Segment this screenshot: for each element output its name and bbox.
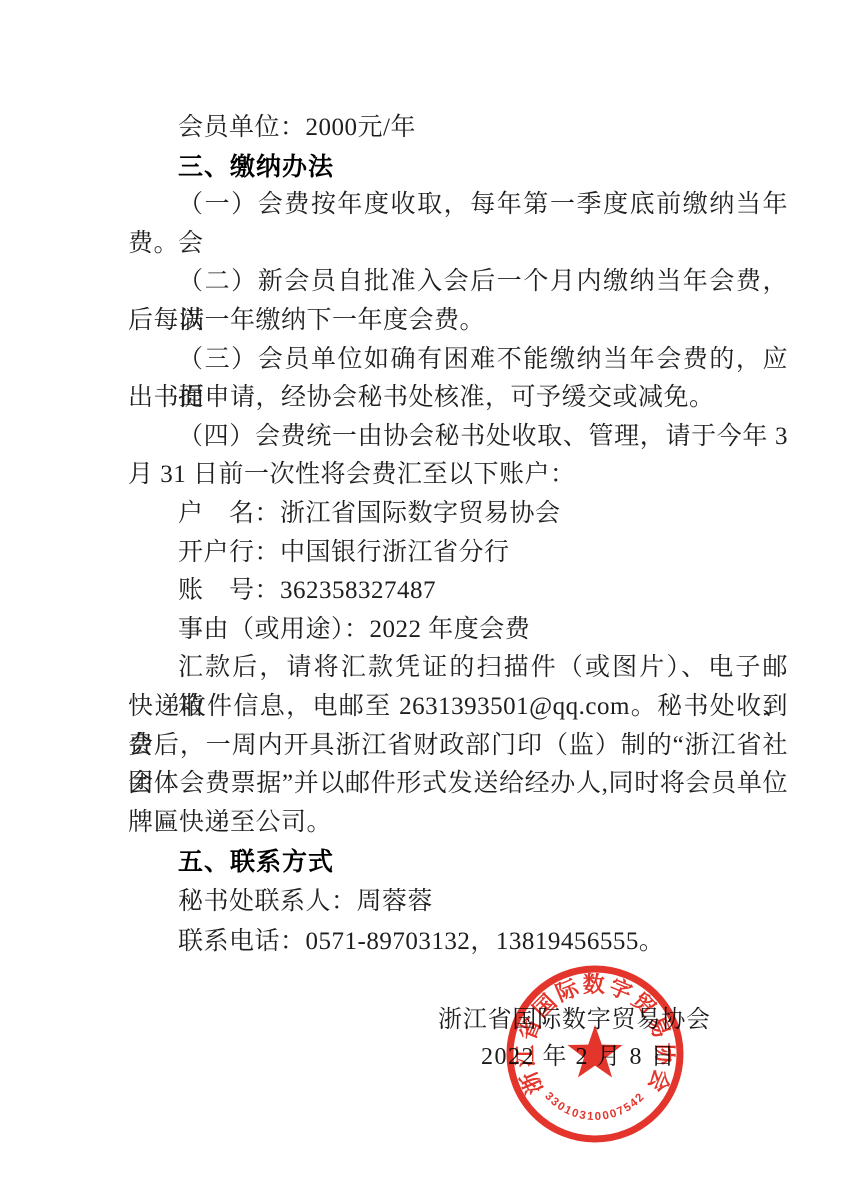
doc-line-account-name: 户 名：浙江省国际数字贸易协会: [128, 495, 788, 534]
doc-line-email: 快递收件信息，电邮至 2631393501@qq.com。秘书处收到会: [128, 688, 788, 727]
doc-line: （三）会员单位如确有困难不能缴纳当年会费的，应提: [128, 341, 788, 380]
document-page: 会员单位：2000元/年 三、缴纳办法 （一）会费按年度收取，每年第一季度底前缴…: [0, 0, 849, 1200]
doc-line: 后每满一年缴纳下一年度会费。: [128, 302, 788, 341]
doc-line: 费后，一周内开具浙江省财政部门印（监）制的“浙江省社会: [128, 727, 788, 766]
doc-line: （四）会费统一由协会秘书处收取、管理，请于今年 3: [128, 418, 788, 457]
section-heading-contact: 五、联系方式: [128, 842, 788, 882]
official-seal: 浙江省国际数字贸易协会 33010310007542: [495, 954, 695, 1154]
section-heading-payment: 三、缴纳办法: [128, 148, 788, 187]
doc-line-member-fee: 会员单位：2000元/年: [128, 109, 788, 148]
doc-line: 月 31 日前一次性将会费汇至以下账户：: [128, 456, 788, 495]
doc-line: 牌匾快递至公司。: [128, 804, 788, 843]
star-icon: [567, 1025, 622, 1078]
doc-line: （二）新会员自批准入会后一个月内缴纳当年会费，以: [128, 263, 788, 302]
document-body: 会员单位：2000元/年 三、缴纳办法 （一）会费按年度收取，每年第一季度底前缴…: [128, 109, 788, 962]
doc-line-purpose: 事由（或用途）：2022 年度会费: [128, 611, 788, 650]
doc-line: （一）会费按年度收取，每年第一季度底前缴纳当年会: [128, 186, 788, 225]
doc-line: 汇款后，请将汇款凭证的扫描件（或图片）、电子邮箱、: [128, 649, 788, 688]
doc-line-contact-person: 秘书处联系人：周蓉蓉: [128, 882, 788, 922]
doc-line: 出书面申请，经协会秘书处核准，可予缓交或减免。: [128, 379, 788, 418]
doc-line-account-number: 账 号：362358327487: [128, 572, 788, 611]
doc-line: 费。: [128, 225, 788, 264]
doc-line: 团体会费票据”并以邮件形式发送给经办人,同时将会员单位: [128, 765, 788, 804]
doc-line-bank: 开户行：中国银行浙江省分行: [128, 534, 788, 573]
seal-registration-code: 33010310007542: [542, 1090, 648, 1123]
